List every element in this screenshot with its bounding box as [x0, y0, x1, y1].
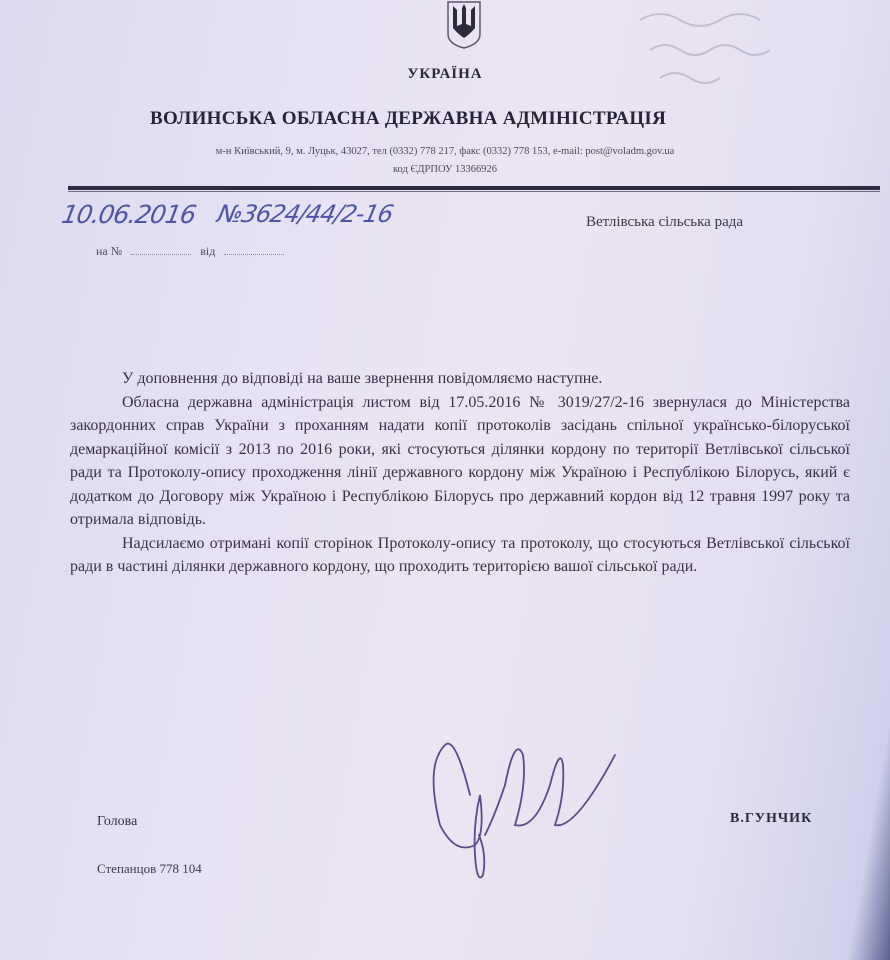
body-paragraph: У доповнення до відповіді на ваше зверне… — [70, 367, 850, 391]
outgoing-date-handwritten: 10.06.2016 — [59, 200, 197, 229]
letterhead-divider — [68, 186, 880, 190]
letter-body: У доповнення до відповіді на ваше зверне… — [70, 367, 850, 579]
signer-name: В.ГУНЧИК — [730, 811, 812, 827]
addressee: Ветлівська сільська рада — [586, 214, 743, 231]
organization-contacts: м-н Київський, 9, м. Луцьк, 43027, тел (… — [0, 143, 890, 179]
organization-name: ВОЛИНСЬКА ОБЛАСНА ДЕРЖАВНА АДМІНІСТРАЦІЯ — [150, 108, 666, 130]
on-number-blank — [131, 244, 191, 255]
contacts-registry-code: код ЄДРПОУ 13366926 — [0, 161, 890, 179]
signer-title: Голова — [97, 814, 137, 830]
outgoing-number-handwritten: №3624/44/2-16 — [215, 200, 395, 228]
trident-coat-of-arms-icon — [444, 0, 484, 50]
on-number-label: на № — [96, 244, 122, 258]
letterhead-divider-thin — [68, 191, 880, 192]
executor-contact: Степанцов 778 104 — [97, 861, 202, 877]
faint-resolution-note — [600, 0, 870, 100]
from-label: від — [200, 244, 215, 258]
body-paragraph: Надсилаємо отримані копії сторінок Прото… — [70, 532, 850, 579]
incoming-reference-line: на № від — [96, 244, 290, 259]
scanned-letter: УКРАЇНА ВОЛИНСЬКА ОБЛАСНА ДЕРЖАВНА АДМІН… — [0, 0, 890, 960]
contacts-address-line: м-н Київський, 9, м. Луцьк, 43027, тел (… — [0, 143, 890, 161]
country-name: УКРАЇНА — [0, 66, 890, 83]
handwritten-signature-icon — [415, 725, 625, 885]
from-date-blank — [224, 244, 284, 255]
body-paragraph: Обласна державна адміністрація листом ві… — [70, 391, 850, 532]
